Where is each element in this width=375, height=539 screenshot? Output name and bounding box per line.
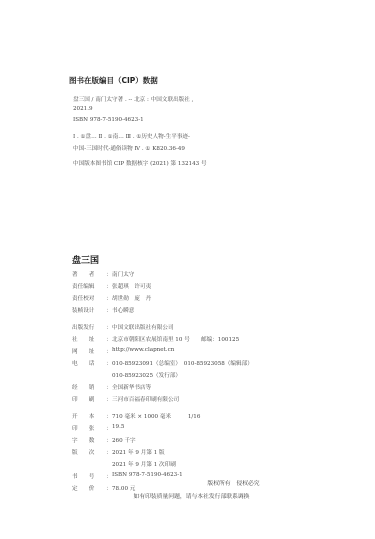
cip-heading: 图书在版编目（CIP）数据 xyxy=(69,75,158,86)
credit-value: 胡世勋 庞 丹 xyxy=(112,294,151,302)
book-title: 盘三国 xyxy=(72,253,99,266)
credit-key: 责任编辑 xyxy=(72,282,106,290)
spec-row: 字 数：260 千字 xyxy=(72,436,136,444)
spec-row: 2021 年 9 月第 1 次印刷 xyxy=(72,460,176,468)
credit-value: 书心瞬意 xyxy=(112,306,134,314)
spec-key: 版 次 xyxy=(72,448,106,456)
spec-row: 版 次：2021 年 9 月第 1 版 xyxy=(72,448,165,456)
publisher-row: 电 话：010-85923091（总编室） 010-85923058（编辑部） xyxy=(72,359,253,367)
publisher-row: 社 址：北京市朝阳区农展馆南里 10 号 邮编：100125 xyxy=(72,335,239,343)
quality-notice: 如有印装质量问题，请与本社发行部联系调换 xyxy=(4,491,375,500)
publisher-key: 电 话 xyxy=(72,359,106,367)
spec-value: 260 千字 xyxy=(112,436,136,444)
publisher-key: 网 址 xyxy=(72,347,106,355)
spec-row: 印 张：19.5 xyxy=(72,424,124,432)
credit-key: 责任校对 xyxy=(72,294,106,302)
credit-row: 著 者：南门太守 xyxy=(72,270,134,278)
publisher-key: 出版发行 xyxy=(72,323,106,331)
publisher-value: 010-85923025（发行部） xyxy=(112,371,181,379)
cip-line: 中国版本图书馆 CIP 数据核字 (2021) 第 132143 号 xyxy=(73,159,207,167)
spec-key xyxy=(72,460,106,468)
publisher-row: 出版发行：中国文联出版社有限公司 xyxy=(72,323,174,331)
publisher-row: 010-85923025（发行部） xyxy=(72,371,181,379)
spec-value: 2021 年 9 月第 1 版 xyxy=(112,448,165,456)
publisher-value: 中国文联出版社有限公司 xyxy=(112,323,174,331)
publisher-key: 经 销 xyxy=(72,383,106,391)
spec-row: 开 本：710 毫米 × 1000 毫米 1/16 xyxy=(72,412,200,420)
spec-key: 印 张 xyxy=(72,424,106,432)
website-link[interactable]: http://www.clapnet.cn xyxy=(112,347,174,355)
cip-line: 盘三国 / 南门太守著 . -- 北京 : 中国文联出版社 , xyxy=(73,95,193,103)
publisher-value: 三河市百福春印刷有限公司 xyxy=(112,395,179,403)
spec-value: 710 毫米 × 1000 毫米 1/16 xyxy=(112,412,200,420)
publisher-key: 社 址 xyxy=(72,335,106,343)
credit-row: 责任校对：胡世勋 庞 丹 xyxy=(72,294,151,302)
publisher-row: 印 刷：三河市百福春印刷有限公司 xyxy=(72,395,179,403)
rights-notice: 版权所有 侵权必究 xyxy=(46,478,375,487)
spec-value: 2021 年 9 月第 1 次印刷 xyxy=(112,460,176,468)
publisher-key: 印 刷 xyxy=(72,395,106,403)
cip-line: ISBN 978-7-5190-4623-1 xyxy=(73,117,144,123)
spec-key: 字 数 xyxy=(72,436,106,444)
credit-value: 张超琪 许可夷 xyxy=(112,282,151,290)
publisher-value: 全国新华书店等 xyxy=(112,383,151,391)
spec-key: 开 本 xyxy=(72,412,106,420)
credit-row: 装帧设计：书心瞬意 xyxy=(72,306,134,314)
cip-line: 中国-三国时代-通俗读物 Ⅳ . ① K820.36-49 xyxy=(73,144,185,152)
credit-key: 著 者 xyxy=(72,270,106,278)
publisher-value: 010-85923091（总编室） 010-85923058（编辑部） xyxy=(112,359,253,367)
publisher-key xyxy=(72,371,106,379)
spec-value: 19.5 xyxy=(112,424,124,432)
credit-value: 南门太守 xyxy=(112,270,134,278)
publisher-row: 经 销：全国新华书店等 xyxy=(72,383,151,391)
publisher-value: 北京市朝阳区农展馆南里 10 号 邮编：100125 xyxy=(112,335,239,343)
credit-row: 责任编辑：张超琪 许可夷 xyxy=(72,282,151,290)
credit-key: 装帧设计 xyxy=(72,306,106,314)
cip-line: 2021.9 xyxy=(73,106,93,112)
cip-line: Ⅰ . ①盘… Ⅱ . ①南… Ⅲ . ①历史人物-生平事迹- xyxy=(73,132,190,140)
publisher-row: 网 址：http://www.clapnet.cn xyxy=(72,347,174,355)
